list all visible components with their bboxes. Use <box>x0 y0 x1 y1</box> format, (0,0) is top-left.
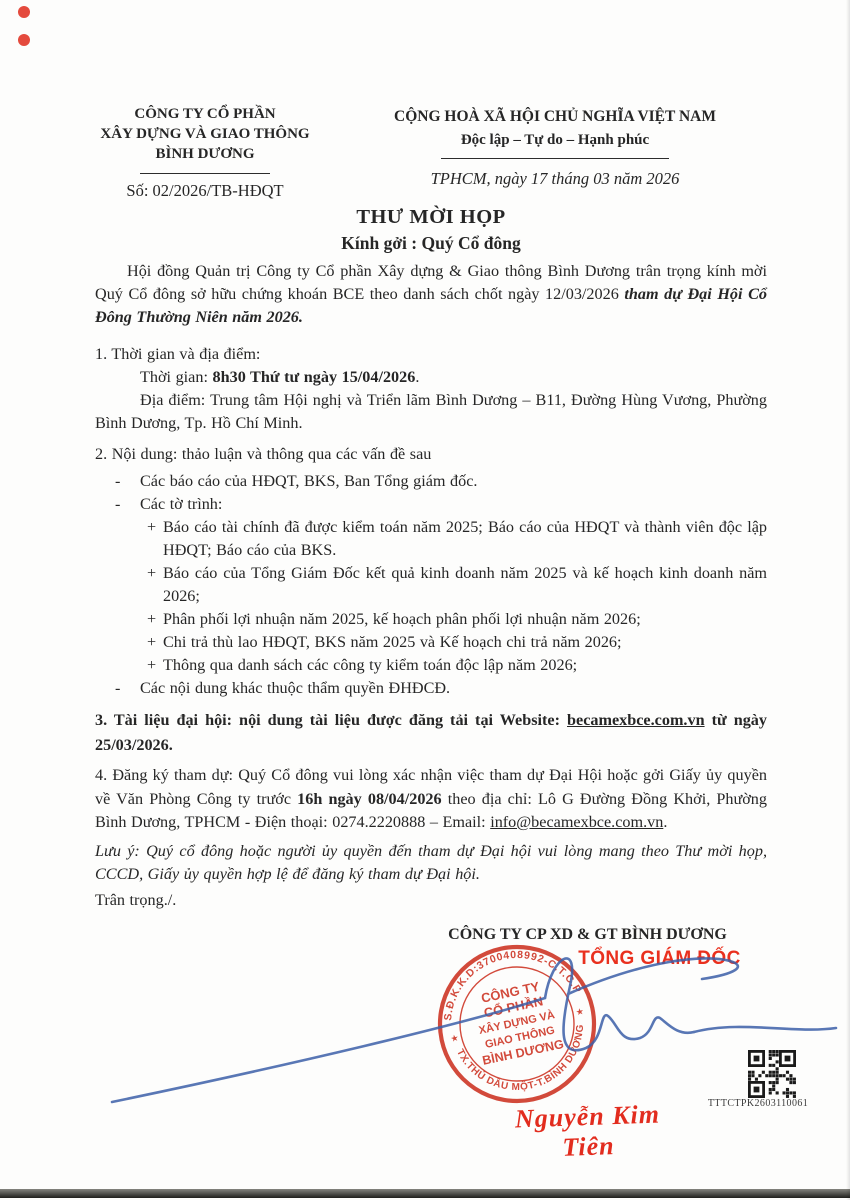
section-2-heading: 2. Nội dung: thảo luận và thông qua các … <box>95 443 767 466</box>
scanned-letter-page: CÔNG TY CỔ PHẦN XÂY DỰNG VÀ GIAO THÔNG B… <box>0 0 850 1200</box>
stamp-star-right-icon: ★ <box>575 1006 585 1017</box>
section-1-heading: 1. Thời gian và địa điểm: <box>95 343 767 366</box>
plus-bullet: + <box>147 631 163 654</box>
letter-title: THƯ MỜI HỌP <box>95 206 767 229</box>
list-item-other: -Các nội dung khác thuộc thẩm quyền ĐHĐC… <box>95 677 767 700</box>
meeting-time: Thời gian: 8h30 Thứ tư ngày 15/04/2026. <box>95 366 767 389</box>
intro-paragraph: Hội đồng Quản trị Công ty Cổ phần Xây dự… <box>95 260 767 329</box>
company-name-line2: XÂY DỰNG VÀ GIAO THÔNG <box>95 124 315 144</box>
dash-bullet: - <box>115 493 140 516</box>
dash-bullet: - <box>115 677 140 700</box>
header-rule-left <box>140 173 270 174</box>
company-name-line1: CÔNG TY CỔ PHẦN <box>95 104 315 124</box>
signer-name: Nguyễn Kim Tiên <box>487 1099 689 1166</box>
email-link[interactable]: info@becamexbce.com.vn <box>490 813 663 831</box>
scan-bottom-edge <box>0 1189 850 1198</box>
qr-code-label: TTTCTPK2603110061 <box>693 1098 823 1109</box>
registration-deadline: 16h ngày 08/04/2026 <box>297 790 441 808</box>
list-item-proposals: -Các tờ trình: <box>95 493 767 516</box>
stamp-star-left-icon: ★ <box>450 1033 460 1044</box>
national-motto-header: CỘNG HOÀ XÃ HỘI CHỦ NGHĨA VIỆT NAM Độc l… <box>385 107 725 189</box>
company-header: CÔNG TY CỔ PHẦN XÂY DỰNG VÀ GIAO THÔNG B… <box>95 104 315 201</box>
proposal-item-ceo-report: +Báo cáo của Tổng Giám Đốc kết quả kinh … <box>95 562 767 608</box>
plus-bullet: + <box>147 516 163 539</box>
list-item-reports: -Các báo cáo của HĐQT, BKS, Ban Tổng giá… <box>95 470 767 493</box>
red-scan-mark-1 <box>18 6 30 18</box>
signature-scribble <box>112 958 836 1102</box>
company-name-line3: BÌNH DƯƠNG <box>95 144 315 164</box>
document-number: Số: 02/2026/TB-HĐQT <box>95 181 315 201</box>
note-paragraph: Lưu ý: Quý cổ đông hoặc người ủy quyền đ… <box>95 840 767 886</box>
header-rule-right <box>441 158 669 159</box>
signature-graphics: S.Đ.K.K.D:3700408992-C.T.C.P TX.THỦ DẦU … <box>0 930 850 1200</box>
dash-bullet: - <box>115 470 140 493</box>
meeting-time-value: 8h30 Thứ tư ngày 15/04/2026 <box>213 368 416 386</box>
closing-regards: Trân trọng./. <box>95 889 767 912</box>
qr-code <box>748 1050 796 1098</box>
date-line: TPHCM, ngày 17 tháng 03 năm 2026 <box>385 169 725 189</box>
plus-bullet: + <box>147 562 163 585</box>
plus-bullet: + <box>147 608 163 631</box>
proposal-item-audit-firms: +Thông qua danh sách các công ty kiểm to… <box>95 654 767 677</box>
proposal-item-remuneration: +Chi trả thù lao HĐQT, BKS năm 2025 và K… <box>95 631 767 654</box>
proposal-item-financial-report: +Báo cáo tài chính đã được kiểm toán năm… <box>95 516 767 562</box>
red-scan-mark-2 <box>18 34 30 46</box>
national-motto: Độc lập – Tự do – Hạnh phúc <box>385 130 725 150</box>
meeting-location: Địa điểm: Trung tâm Hội nghị và Triển lã… <box>95 389 767 435</box>
salutation: Kính gởi : Quý Cổ đông <box>95 233 767 254</box>
scan-right-edge <box>846 0 850 1200</box>
website-link[interactable]: becamexbce.com.vn <box>567 711 705 729</box>
section-4-registration: 4. Đăng ký tham dự: Quý Cổ đông vui lòng… <box>95 764 767 835</box>
proposal-item-profit-distribution: +Phân phối lợi nhuận năm 2025, kế hoạch … <box>95 608 767 631</box>
plus-bullet: + <box>147 654 163 677</box>
national-title: CỘNG HOÀ XÃ HỘI CHỦ NGHĨA VIỆT NAM <box>385 107 725 127</box>
letter-body: Hội đồng Quản trị Công ty Cổ phần Xây dự… <box>95 260 767 912</box>
section-3-documents: 3. Tài liệu đại hội: nội dung tài liệu đ… <box>95 708 767 758</box>
